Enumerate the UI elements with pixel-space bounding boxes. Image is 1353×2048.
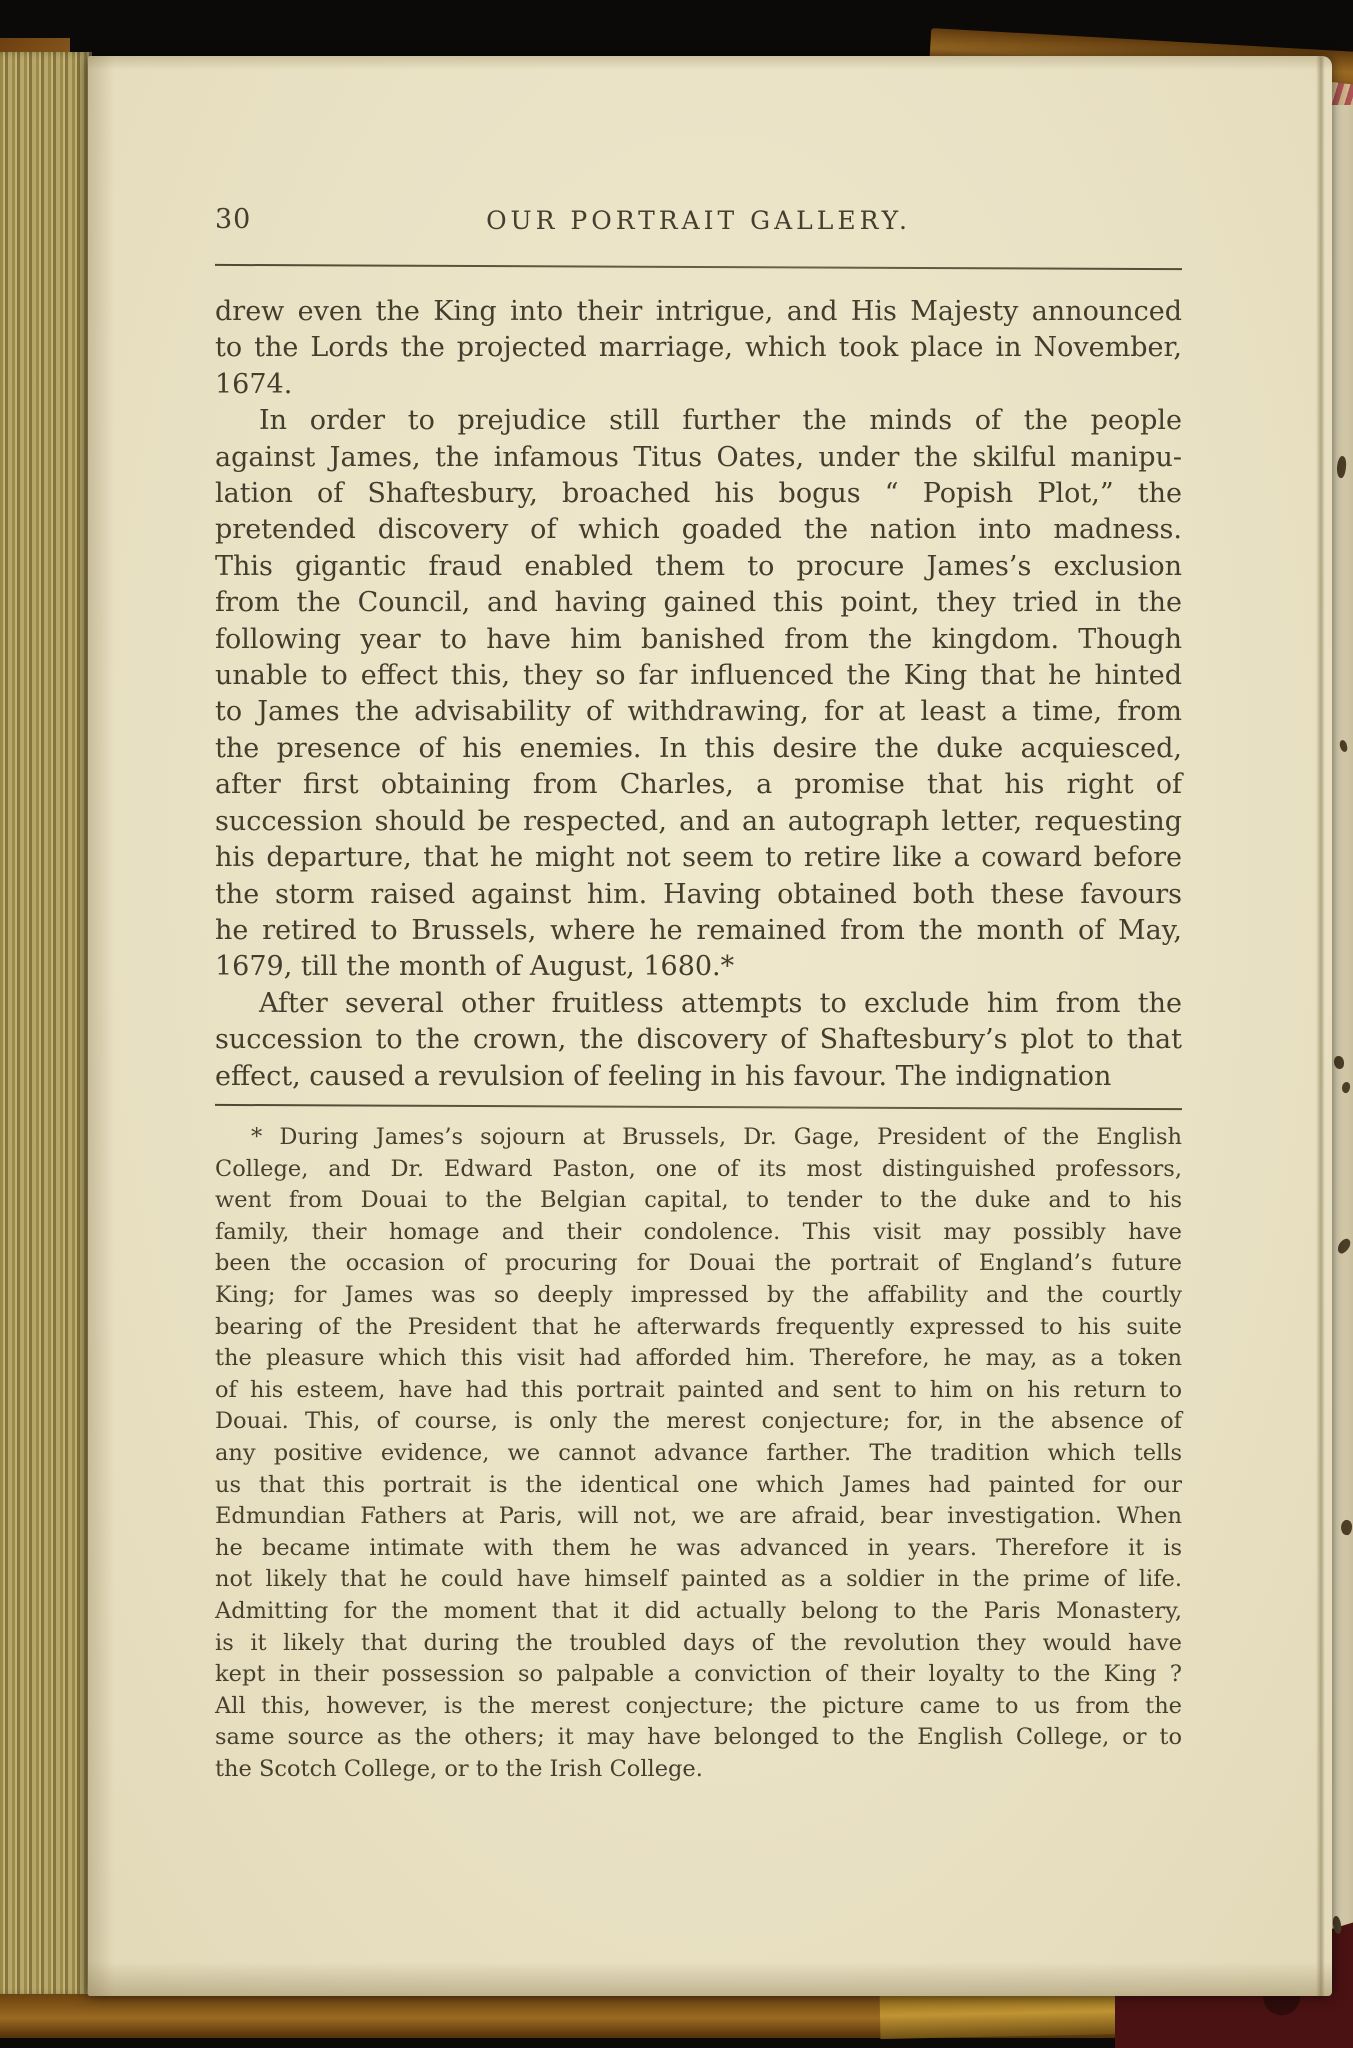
scanned-book-photo: 30 OUR PORTRAIT GALLERY. drew even the K… [0, 0, 1353, 2048]
text-line: Admitting for the moment that it did act… [215, 1596, 1182, 1628]
text-line: In order to prejudice still further the … [215, 403, 1182, 439]
text-line: he became intimate with them he was adva… [215, 1533, 1182, 1565]
text-line: After several other fruitless attempts t… [215, 986, 1182, 1022]
text-line: succession should be respected, and an a… [215, 804, 1182, 840]
text-line: been the occasion of procuring for Douai… [215, 1248, 1182, 1280]
text-line: bearing of the President that he afterwa… [215, 1312, 1182, 1344]
text-line: after first obtaining from Charles, a pr… [215, 767, 1182, 803]
text-line: not likely that he could have himself pa… [215, 1564, 1182, 1596]
text-line: family, their homage and their condolenc… [215, 1217, 1182, 1249]
fore-edge-mark [1334, 1056, 1344, 1069]
text-line: pretended discovery of which goaded the … [215, 512, 1182, 548]
text-line: is it likely that during the troubled da… [215, 1628, 1182, 1660]
text-line: College, and Dr. Edward Paston, one of i… [215, 1154, 1182, 1186]
text-line: lation of Shaftesbury, broached his bogu… [215, 476, 1182, 512]
text-line: of his esteem, have had this portrait pa… [215, 1375, 1182, 1407]
text-line: This gigantic fraud enabled them to proc… [215, 549, 1182, 585]
running-head: OUR PORTRAIT GALLERY. [215, 206, 1182, 235]
text-line: Edmundian Fathers at Paris, will not, we… [215, 1501, 1182, 1533]
text-line: * During James’s sojourn at Brussels, Dr… [215, 1122, 1182, 1154]
page-edges-left [0, 52, 92, 1996]
text-line: the pleasure which this visit had afford… [215, 1343, 1182, 1375]
text-line: 1679, till the month of August, 1680.* [215, 949, 1182, 985]
text-line: the storm raised against him. Having obt… [215, 877, 1182, 913]
text-line: King; for James was so deeply impressed … [215, 1280, 1182, 1312]
footnote-rule [215, 1104, 1182, 1110]
text-line: the Scotch College, or to the Irish Coll… [215, 1754, 1182, 1786]
text-line: went from Douai to the Belgian capital, … [215, 1185, 1182, 1217]
text-line: his departure, that he might not seem to… [215, 840, 1182, 876]
text-line: the presence of his enemies. In this des… [215, 731, 1182, 767]
text-line: unable to effect this, they so far influ… [215, 658, 1182, 694]
text-line: he retired to Brussels, where he remaine… [215, 913, 1182, 949]
text-line: drew even the King into their intrigue, … [215, 294, 1182, 330]
page-header: 30 OUR PORTRAIT GALLERY. [215, 202, 1182, 238]
text-line: against James, the infamous Titus Oates,… [215, 440, 1182, 476]
text-line: following year to have him banished from… [215, 622, 1182, 658]
text-line: same source as the others; it may have b… [215, 1722, 1182, 1754]
text-line: to the Lords the projected marriage, whi… [215, 330, 1182, 366]
text-line: from the Council, and having gained this… [215, 585, 1182, 621]
text-line: All this, however, is the merest conject… [215, 1691, 1182, 1723]
book-page: 30 OUR PORTRAIT GALLERY. drew even the K… [88, 56, 1332, 1996]
text-line: 1674. [215, 367, 1182, 403]
text-line: us that this portrait is the identical o… [215, 1470, 1182, 1502]
text-line: any positive evidence, we cannot advance… [215, 1438, 1182, 1470]
text-line: succession to the crown, the discovery o… [215, 1022, 1182, 1058]
text-line: effect, caused a revulsion of feeling in… [215, 1059, 1182, 1095]
text-line: to James the advisability of withdrawing… [215, 694, 1182, 730]
text-line: Douai. This, of course, is only the mere… [215, 1406, 1182, 1438]
text-line: kept in their possession so palpable a c… [215, 1659, 1182, 1691]
main-text: drew even the King into their intrigue, … [215, 294, 1182, 1095]
footnote: * During James’s sojourn at Brussels, Dr… [215, 1122, 1182, 1785]
header-rule [215, 264, 1182, 270]
